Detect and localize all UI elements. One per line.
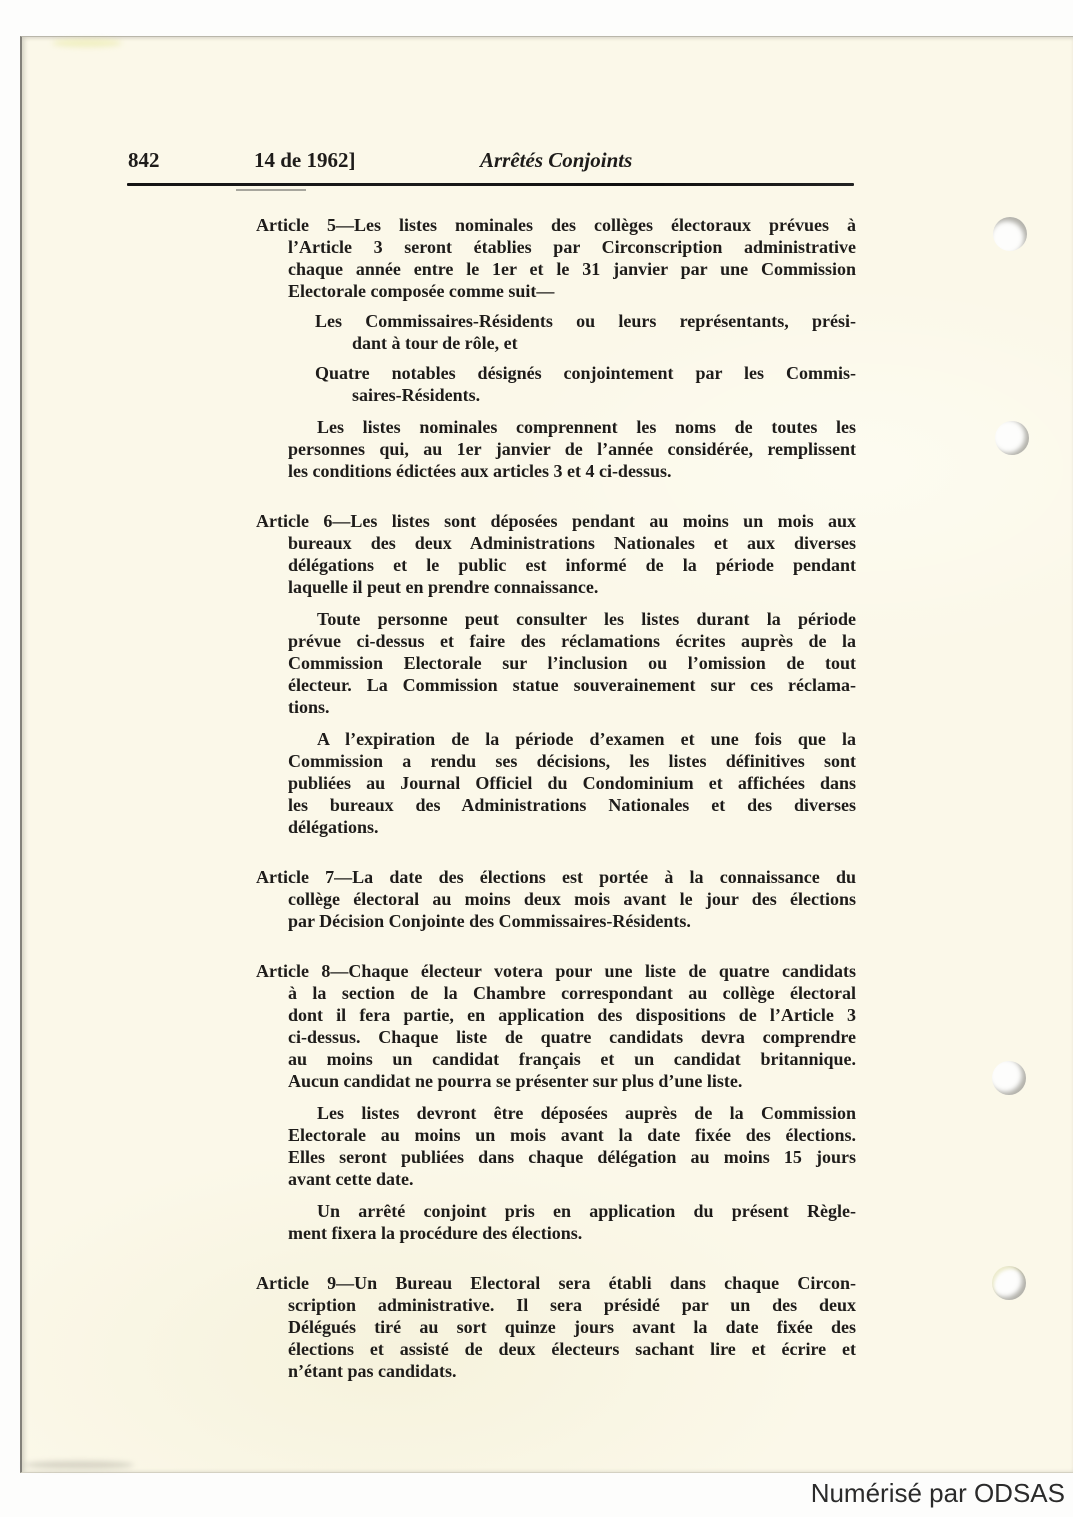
text-line: Article 6—Les listes sont déposées penda… [256,510,856,532]
text-line: publiées au Journal Officiel du Condomin… [288,772,856,794]
header-rule-fragment [236,189,306,191]
text-line: avant cette date. [288,1168,856,1190]
text-line: scription administrative. Il sera présid… [288,1294,856,1316]
article-8: Article 8—Chaque électeur votera pour un… [256,960,856,1092]
text-line: à la section de la Chambre correspondant… [288,982,856,1004]
text-line: Quatre notables désignés conjointement p… [315,362,856,384]
header-reference: 14 de 1962] [254,148,356,173]
text-line: Article 7—La date des élections est port… [256,866,856,888]
text-line: saires-Résidents. [352,384,856,406]
text-line: Les listes devront être déposées auprès … [317,1102,856,1124]
text-line: au moins un candidat français et un cand… [288,1048,856,1070]
article-5-sub-1: Les Commissaires-Résidents ou leurs repr… [256,310,856,354]
text-line: bureaux des deux Administrations Nationa… [288,532,856,554]
document-body: Article 5—Les listes nominales des collè… [256,214,856,1382]
article-5-closing: Les listes nominales comprennent les nom… [256,416,856,482]
text-line: prévue ci-dessus et faire des réclamatio… [288,630,856,652]
punch-hole-2 [995,421,1029,455]
text-line: Toute personne peut consulter les listes… [317,608,856,630]
punch-hole-4 [992,1266,1026,1300]
text-line: les conditions édictées aux articles 3 e… [288,460,856,482]
text-line: laquelle il peut en prendre connaissance… [288,576,856,598]
text-line: Commission Electorale sur l’inclusion ou… [288,652,856,674]
text-line: dont il fera partie, en application des … [288,1004,856,1026]
text-line: Un arrêté conjoint pris en application d… [317,1200,856,1222]
text-line: A l’expiration de la période d’examen et… [317,728,856,750]
page-number: 842 [128,148,160,173]
text-line: Elles seront publiées dans chaque déléga… [288,1146,856,1168]
text-line: collège électoral au moins deux mois ava… [288,888,856,910]
document-page: 842 14 de 1962] Arrêtés Conjoints Articl… [20,36,1073,1473]
text-line: personnes qui, au 1er janvier de l’année… [288,438,856,460]
scan-background: 842 14 de 1962] Arrêtés Conjoints Articl… [0,0,1073,1517]
article-5-sub-2: Quatre notables désignés conjointement p… [256,362,856,406]
text-line: Délégués tiré au sort quinze jours avant… [288,1316,856,1338]
scan-credit: Numérisé par ODSAS [811,1478,1065,1509]
text-line: élections et assisté de deux électeurs s… [288,1338,856,1360]
header-title: Arrêtés Conjoints [480,148,632,173]
article-7: Article 7—La date des élections est port… [256,866,856,932]
text-line: par Décision Conjointe des Commissaires-… [288,910,856,932]
text-line: délégations et le public est informé de … [288,554,856,576]
text-line: Aucun candidat ne pourra se présenter su… [288,1070,856,1092]
text-line: ment fixera la procédure des élections. [288,1222,856,1244]
punch-hole-3 [992,1061,1026,1095]
text-line: Electorale au moins un mois avant la dat… [288,1124,856,1146]
text-line: Electorale composée comme suit— [288,280,856,302]
article-9: Article 9—Un Bureau Electoral sera établ… [256,1272,856,1382]
text-line: n’étant pas candidats. [288,1360,856,1382]
text-line: ci-dessus. Chaque liste de quatre candid… [288,1026,856,1048]
text-line: Les listes nominales comprennent les nom… [317,416,856,438]
article-6: Article 6—Les listes sont déposées penda… [256,510,856,598]
text-line: délégations. [288,816,856,838]
article-8-para-2: Un arrêté conjoint pris en application d… [256,1200,856,1244]
text-line: Article 5—Les listes nominales des collè… [256,214,856,236]
text-line: Les Commissaires-Résidents ou leurs repr… [315,310,856,332]
text-line: l’Article 3 seront établies par Circonsc… [288,236,856,258]
text-line: Article 9—Un Bureau Electoral sera établ… [256,1272,856,1294]
article-8-para-1: Les listes devront être déposées auprès … [256,1102,856,1190]
text-line: chaque année entre le 1er et le 31 janvi… [288,258,856,280]
scan-smudge-top [52,39,122,47]
text-line: Article 8—Chaque électeur votera pour un… [256,960,856,982]
text-line: tions. [288,696,856,718]
text-line: les bureaux des Administrations National… [288,794,856,816]
article-5: Article 5—Les listes nominales des collè… [256,214,856,302]
text-line: électeur. La Commission statue souverain… [288,674,856,696]
article-6-para-2: A l’expiration de la période d’examen et… [256,728,856,838]
header-rule [127,183,854,186]
punch-hole-1 [993,217,1027,251]
text-line: Commission a rendu ses décisions, les li… [288,750,856,772]
text-line: dant à tour de rôle, et [352,332,856,354]
scan-smudge-bottom [24,1461,134,1469]
article-6-para-1: Toute personne peut consulter les listes… [256,608,856,718]
